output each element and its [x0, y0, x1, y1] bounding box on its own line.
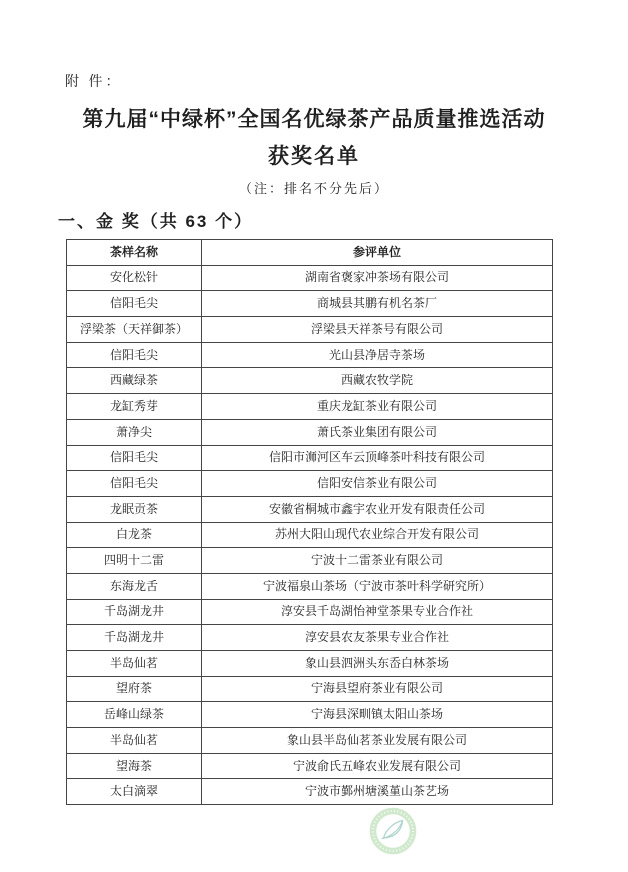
cell-unit: 宁波俞氏五峰农业发展有限公司: [202, 753, 553, 779]
cell-unit: 宁波十二雷茶业有限公司: [202, 548, 553, 574]
table-row: 安化松针 湖南省褒家冲茶场有限公司: [67, 265, 553, 291]
cell-tea-name: 信阳毛尖: [67, 342, 202, 368]
cell-tea-name: 千岛湖龙井: [67, 599, 202, 625]
table-row: 龙缸秀芽 重庆龙缸茶业有限公司: [67, 394, 553, 420]
cell-unit: 湖南省褒家冲茶场有限公司: [202, 265, 553, 291]
cell-tea-name: 太白滴翠: [67, 779, 202, 805]
table-row: 萧净尖 萧氏茶业集团有限公司: [67, 419, 553, 445]
header-cell-tea-name: 茶样名称: [67, 240, 202, 266]
attachment-label: 附 件：: [65, 71, 123, 91]
document-title: 第九届“中绿杯”全国名优绿茶产品质量推选活动: [0, 103, 628, 133]
cell-tea-name: 萧净尖: [67, 419, 202, 445]
ranking-note: （注：排名不分先后）: [0, 178, 628, 197]
table-body: 安化松针 湖南省褒家冲茶场有限公司 信阳毛尖 商城县其鹏有机名茶厂 浮梁茶（天祥…: [67, 265, 553, 804]
cell-unit: 萧氏茶业集团有限公司: [202, 419, 553, 445]
table-row: 白龙茶 苏州大阳山现代农业综合开发有限公司: [67, 522, 553, 548]
cell-unit: 宁海县望府茶业有限公司: [202, 676, 553, 702]
table-row: 千岛湖龙井 淳安县农友茶果专业合作社: [67, 625, 553, 651]
table-header-row: 茶样名称 参评单位: [67, 240, 553, 266]
cell-unit: 淳安县千岛湖怡神堂茶果专业合作社: [202, 599, 553, 625]
table-row: 岳峰山绿茶 宁海县深甽镇太阳山茶场: [67, 702, 553, 728]
cell-tea-name: 浮梁茶（天祥御茶）: [67, 317, 202, 343]
table-row: 四明十二雷 宁波十二雷茶业有限公司: [67, 548, 553, 574]
cell-unit: 光山县净居寺茶场: [202, 342, 553, 368]
cell-unit: 象山县泗洲头东岙白林茶场: [202, 651, 553, 677]
cell-unit: 宁海县深甽镇太阳山茶场: [202, 702, 553, 728]
cell-tea-name: 四明十二雷: [67, 548, 202, 574]
header-cell-unit: 参评单位: [202, 240, 553, 266]
table-row: 半岛仙茗 象山县泗洲头东岙白林茶场: [67, 651, 553, 677]
cell-unit: 淳安县农友茶果专业合作社: [202, 625, 553, 651]
cell-tea-name: 信阳毛尖: [67, 445, 202, 471]
cell-unit: 重庆龙缸茶业有限公司: [202, 394, 553, 420]
gold-award-section-heading: 一、金 奖（共 63 个）: [58, 207, 253, 232]
cell-tea-name: 龙缸秀芽: [67, 394, 202, 420]
cell-unit: 浮梁县天祥茶号有限公司: [202, 317, 553, 343]
table-row: 龙眠贡茶 安徽省桐城市鑫宇农业开发有限责任公司: [67, 496, 553, 522]
cell-unit: 信阳市浉河区车云顶峰茶叶科技有限公司: [202, 445, 553, 471]
cell-unit: 商城县其鹏有机名茶厂: [202, 291, 553, 317]
table-row: 望海茶 宁波俞氏五峰农业发展有限公司: [67, 753, 553, 779]
document-subtitle: 获奖名单: [0, 140, 628, 170]
cell-tea-name: 千岛湖龙井: [67, 625, 202, 651]
table-row: 千岛湖龙井 淳安县千岛湖怡神堂茶果专业合作社: [67, 599, 553, 625]
cell-unit: 安徽省桐城市鑫宇农业开发有限责任公司: [202, 496, 553, 522]
leaf-logo-watermark: [369, 807, 417, 855]
cell-unit: 西藏农牧学院: [202, 368, 553, 394]
cell-tea-name: 岳峰山绿茶: [67, 702, 202, 728]
table-row: 信阳毛尖 信阳安信茶业有限公司: [67, 471, 553, 497]
cell-unit: 象山县半岛仙茗茶业发展有限公司: [202, 728, 553, 754]
cell-tea-name: 东海龙舌: [67, 573, 202, 599]
cell-tea-name: 望府茶: [67, 676, 202, 702]
table-row: 太白滴翠 宁波市鄞州塘溪堇山茶艺场: [67, 779, 553, 805]
cell-unit: 宁波福泉山茶场（宁波市茶叶科学研究所）: [202, 573, 553, 599]
table-row: 望府茶 宁海县望府茶业有限公司: [67, 676, 553, 702]
cell-tea-name: 安化松针: [67, 265, 202, 291]
document-page: 附 件： 第九届“中绿杯”全国名优绿茶产品质量推选活动 获奖名单 （注：排名不分…: [0, 0, 628, 872]
cell-tea-name: 半岛仙茗: [67, 651, 202, 677]
cell-tea-name: 西藏绿茶: [67, 368, 202, 394]
cell-tea-name: 龙眠贡茶: [67, 496, 202, 522]
table-row: 半岛仙茗 象山县半岛仙茗茶业发展有限公司: [67, 728, 553, 754]
cell-tea-name: 信阳毛尖: [67, 471, 202, 497]
table-row: 信阳毛尖 信阳市浉河区车云顶峰茶叶科技有限公司: [67, 445, 553, 471]
cell-tea-name: 望海茶: [67, 753, 202, 779]
table-row: 东海龙舌 宁波福泉山茶场（宁波市茶叶科学研究所）: [67, 573, 553, 599]
cell-unit: 苏州大阳山现代农业综合开发有限公司: [202, 522, 553, 548]
table-row: 西藏绿茶 西藏农牧学院: [67, 368, 553, 394]
cell-tea-name: 半岛仙茗: [67, 728, 202, 754]
gold-award-table: 茶样名称 参评单位 安化松针 湖南省褒家冲茶场有限公司 信阳毛尖 商城县其鹏有机…: [66, 239, 553, 805]
cell-unit: 宁波市鄞州塘溪堇山茶艺场: [202, 779, 553, 805]
table-row: 信阳毛尖 光山县净居寺茶场: [67, 342, 553, 368]
leaf-icon: [369, 807, 417, 855]
cell-tea-name: 白龙茶: [67, 522, 202, 548]
cell-tea-name: 信阳毛尖: [67, 291, 202, 317]
table-row: 信阳毛尖 商城县其鹏有机名茶厂: [67, 291, 553, 317]
table-row: 浮梁茶（天祥御茶） 浮梁县天祥茶号有限公司: [67, 317, 553, 343]
cell-unit: 信阳安信茶业有限公司: [202, 471, 553, 497]
